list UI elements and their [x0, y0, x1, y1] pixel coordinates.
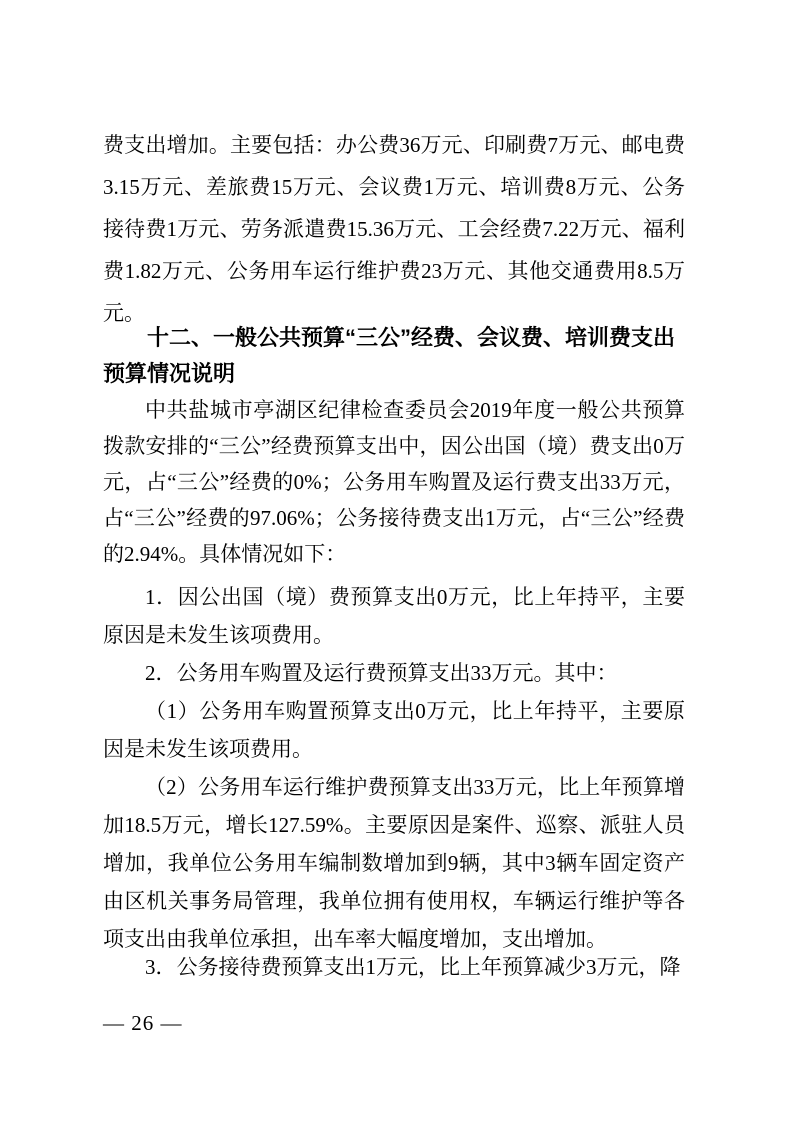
section-heading-twelve: 十二、一般公共预算“三公”经费、会议费、培训费支出预算情况说明 [103, 320, 685, 392]
document-page: 费支出增加。主要包括：办公费36万元、印刷费7万元、邮电费3.15万元、差旅费1… [0, 0, 794, 1123]
paragraph-item-1-overseas-trips: 1．因公出国（境）费预算支出0万元，比上年持平，主要原因是未发生该项费用。 [103, 578, 685, 654]
paragraph-item-2-2-vehicle-maintenance: （2）公务用车运行维护费预算支出33万元，比上年预算增加18.5万元，增长127… [103, 768, 685, 958]
paragraph-expense-breakdown: 费支出增加。主要包括：办公费36万元、印刷费7万元、邮电费3.15万元、差旅费1… [103, 124, 685, 334]
paragraph-item-2-vehicle-total: 2．公务用车购置及运行费预算支出33万元。其中： [103, 654, 685, 692]
paragraph-item-2-1-vehicle-purchase: （1）公务用车购置预算支出0万元，比上年持平，主要原因是未发生该项费用。 [103, 692, 685, 768]
paragraph-three-public-overview: 中共盐城市亭湖区纪律检查委员会2019年度一般公共预算拨款安排的“三公”经费预算… [103, 392, 685, 572]
page-content: 费支出增加。主要包括：办公费36万元、印刷费7万元、邮电费3.15万元、差旅费1… [103, 124, 685, 986]
page-number: — 26 — [103, 1011, 183, 1035]
page-footer: — 26 — [103, 1008, 183, 1038]
paragraph-item-3-official-reception: 3．公务接待费预算支出1万元，比上年预算减少3万元，降 [103, 948, 685, 986]
